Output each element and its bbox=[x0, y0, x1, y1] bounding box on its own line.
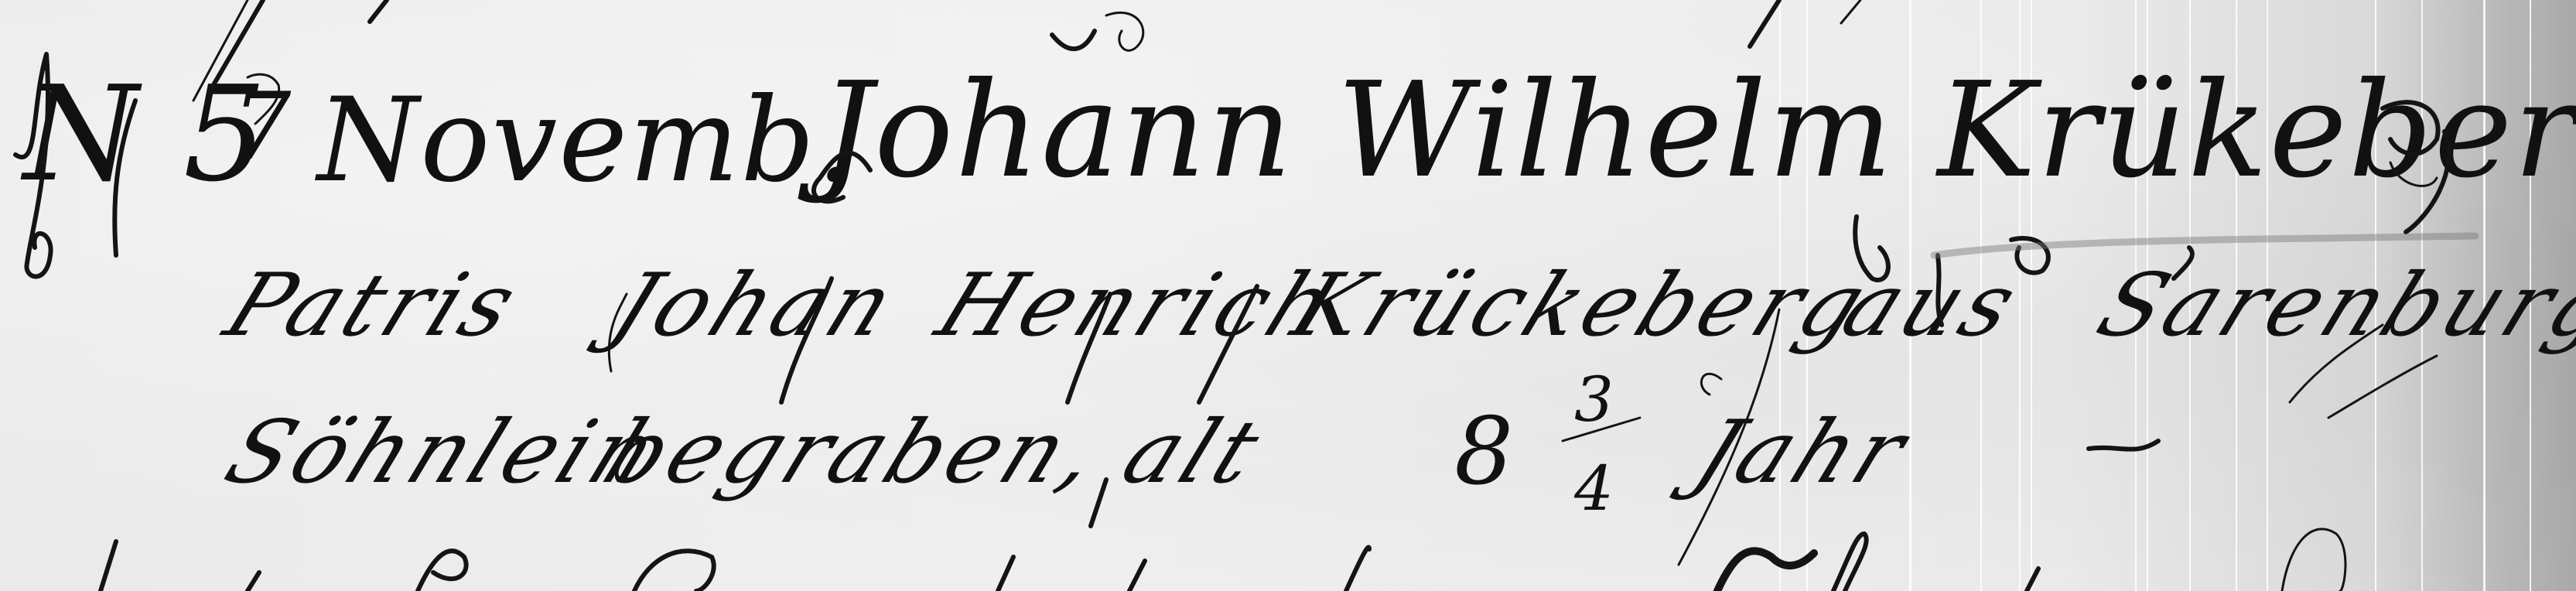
ink-flourishes bbox=[0, 0, 2576, 591]
ink-blot-icon bbox=[2174, 248, 2192, 278]
fraction-bar-icon bbox=[1563, 418, 1640, 441]
descender-stroke-icon bbox=[1199, 286, 1257, 402]
next-line-fragment-icon bbox=[1346, 547, 1369, 591]
next-line-fragment-icon bbox=[998, 557, 1013, 591]
next-line-fragment-icon bbox=[1833, 534, 1867, 591]
next-line-fragment-icon bbox=[101, 541, 116, 591]
flourish-icon bbox=[2089, 441, 2158, 449]
flourish-icon bbox=[248, 74, 279, 124]
descender-stroke-icon bbox=[370, 0, 387, 22]
flourish-icon bbox=[1106, 12, 1143, 50]
k-descender-icon bbox=[1938, 255, 1942, 325]
flourish-icon bbox=[814, 153, 870, 202]
next-line-fragment-icon bbox=[248, 572, 259, 591]
descender-stroke-icon bbox=[609, 294, 627, 371]
bracket-stroke-icon bbox=[114, 101, 135, 255]
descender-stroke-icon bbox=[1750, 0, 1779, 46]
margin-flourish-icon bbox=[15, 54, 51, 277]
next-line-fragment-icon bbox=[634, 551, 714, 591]
next-line-fragment-icon bbox=[2282, 529, 2345, 591]
manuscript-page: N 5 7 Novemb. Johann Wilhelm Krükeberg P… bbox=[0, 0, 2576, 591]
descender-stroke-icon bbox=[209, 0, 263, 93]
next-line-fragment-icon bbox=[1717, 551, 1814, 591]
flourish-icon bbox=[1052, 31, 1095, 49]
descender-stroke-icon bbox=[2290, 325, 2383, 402]
next-line-fragment-icon bbox=[2027, 569, 2038, 591]
descender-stroke-icon bbox=[2328, 356, 2437, 418]
descender-stroke-icon bbox=[193, 0, 248, 101]
descender-stroke-icon bbox=[781, 278, 832, 402]
j-loop-icon bbox=[1679, 309, 1779, 565]
next-line-fragment-icon bbox=[1129, 561, 1145, 591]
descender-stroke-icon bbox=[1841, 0, 1860, 23]
k-descender-icon bbox=[1855, 217, 1888, 280]
flourish-icon bbox=[2390, 162, 2437, 186]
comma-stroke-icon bbox=[1091, 480, 1106, 526]
descender-stroke-icon bbox=[1068, 294, 1110, 402]
next-line-fragment-icon bbox=[418, 551, 466, 591]
